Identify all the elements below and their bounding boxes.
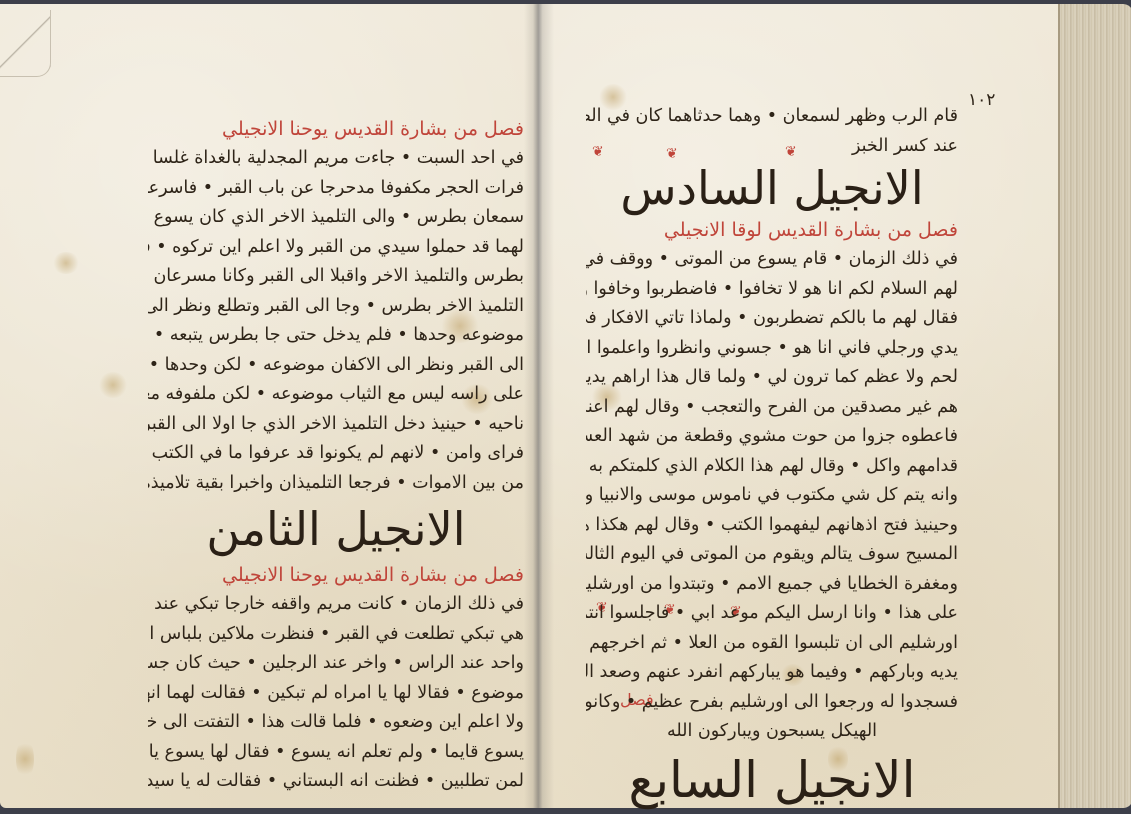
text-line: التلميذ الاخر بطرس • وجا الى القبر وتطلع… <box>148 292 524 322</box>
text-line: فاعطوه جزوا من حوت مشوي وقطعة من شهد الع… <box>586 422 958 452</box>
section-heading-eighth-gospel: الانجيل الثامن <box>148 498 524 560</box>
section-heading-seventh-gospel: الانجيل السابع <box>586 747 958 813</box>
text-line: فرات الحجر مكفوفا مدحرجا عن باب القبر • … <box>148 174 524 204</box>
book-gutter <box>524 4 554 808</box>
paper-stain <box>52 252 80 274</box>
text-line: واحد عند الراس • واخر عند الرجلين • حيث … <box>148 649 524 679</box>
text-line: قدامهم واكل • وقال لهم هذا الكلام الذي ك… <box>586 452 958 482</box>
text-line: على راسه ليس مع الثياب موضوعه • لكن ملفو… <box>148 380 524 410</box>
text-line: اورشليم الى ان تلبسوا القوه من العلا • ث… <box>586 629 958 659</box>
left-page: فصل من بشارة القديس يوحنا الانجيلي في اح… <box>0 4 538 808</box>
text-line: في ذلك الزمان • كانت مريم واقفه خارجا تب… <box>148 590 524 620</box>
rubric-luke-heading: فصل من بشارة القديس لوقا الانجيلي <box>586 215 958 245</box>
text-line: ناحيه • حينيذ دخل التلميذ الاخر الذي جا … <box>148 410 524 440</box>
folio-number: ١٠٢ <box>968 90 995 110</box>
text-line: هي تبكي تطلعت في القبر • فنظرت ملاكين بل… <box>148 620 524 650</box>
text-line: ومغفرة الخطايا في جميع الامم • وتبتدوا م… <box>586 570 958 600</box>
text-line: المسيح سوف يتالم ويقوم من الموتى في اليو… <box>586 540 958 570</box>
text-line: قام الرب وظهر لسمعان • وهما حدثاهما كان … <box>586 102 958 132</box>
text-line: الى القبر ونظر الى الاكفان موضوعه • لكن … <box>148 351 524 381</box>
text-line: فراى وامن • لانهم لم يكونوا قد عرفوا ما … <box>148 439 524 469</box>
text-line: سمعان بطرس • والى التلميذ الاخر الذي كان… <box>148 203 524 233</box>
text-line: موضوع • فقالا لها يا امراه لم تبكين • فق… <box>148 679 524 709</box>
left-text-block: فصل من بشارة القديس يوحنا الانجيلي في اح… <box>148 114 524 797</box>
text-line: يديه وباركهم • وفيما هو يباركهم انفرد عن… <box>586 658 958 688</box>
text-line: وحينيذ فتح اذهانهم ليفهموا الكتب • وقال … <box>586 511 958 541</box>
text-line: من بين الاموات • فرجعا التلميذان واخبرا … <box>148 469 524 499</box>
text-line: فسجدوا له ورجعوا الى اورشليم بفرح عظيم •… <box>586 688 958 718</box>
text-line: هم غير مصدقين من الفرح والتعجب • وقال له… <box>586 393 958 423</box>
text-line: يدي ورجلي فاني انا هو • جسوني وانظروا وا… <box>586 334 958 364</box>
text-line: في ذلك الزمان • قام يسوع من الموتى • ووق… <box>586 245 958 275</box>
text-line: الهيكل يسبحون ويباركون الله <box>586 717 958 747</box>
text-line: لهما قد حملوا سيدي من القبر ولا اعلم اين… <box>148 233 524 263</box>
text-line: على هذا • وانا ارسل اليكم موعد ابي • فاج… <box>586 599 958 629</box>
text-line: بطرس والتلميذ الاخر واقبلا الى القبر وكا… <box>148 262 524 292</box>
text-line: في احد السبت • جاءت مريم المجدلية بالغدا… <box>148 144 524 174</box>
text-line: فقال لهم ما بالكم تضطربون • ولماذا تاتي … <box>586 304 958 334</box>
text-line: يسوع قايما • ولم تعلم انه يسوع • فقال له… <box>148 738 524 768</box>
text-line: لهم السلام لكم انا هو لا تخافوا • فاضطرب… <box>586 275 958 305</box>
rubric-john-heading-2: فصل من بشارة القديس يوحنا الانجيلي <box>148 560 524 590</box>
section-heading-sixth-gospel: الانجيل السادس <box>586 161 958 215</box>
paper-stain <box>16 739 34 779</box>
paper-stain <box>98 372 128 398</box>
text-line: موضوعه وحدها • فلم يدخل حتى جا بطرس يتبع… <box>148 321 524 351</box>
folded-corner <box>0 10 51 77</box>
text-line: عند كسر الخبز <box>586 132 958 162</box>
right-text-block: قام الرب وظهر لسمعان • وهما حدثاهما كان … <box>586 102 958 813</box>
open-manuscript: فصل من بشارة القديس يوحنا الانجيلي في اح… <box>0 4 1131 808</box>
page-block-edges <box>1058 4 1131 808</box>
text-line: لحم ولا عظم كما ترون لي • ولما قال هذا ا… <box>586 363 958 393</box>
text-line: لمن تطلبين • فظنت انه البستاني • فقالت ل… <box>148 767 524 797</box>
text-line: ولا اعلم اين وضعوه • فلما قالت هذا • الت… <box>148 708 524 738</box>
text-line: وانه يتم كل شي مكتوب في ناموس موسى والان… <box>586 481 958 511</box>
rubric-john-heading: فصل من بشارة القديس يوحنا الانجيلي <box>148 114 524 144</box>
